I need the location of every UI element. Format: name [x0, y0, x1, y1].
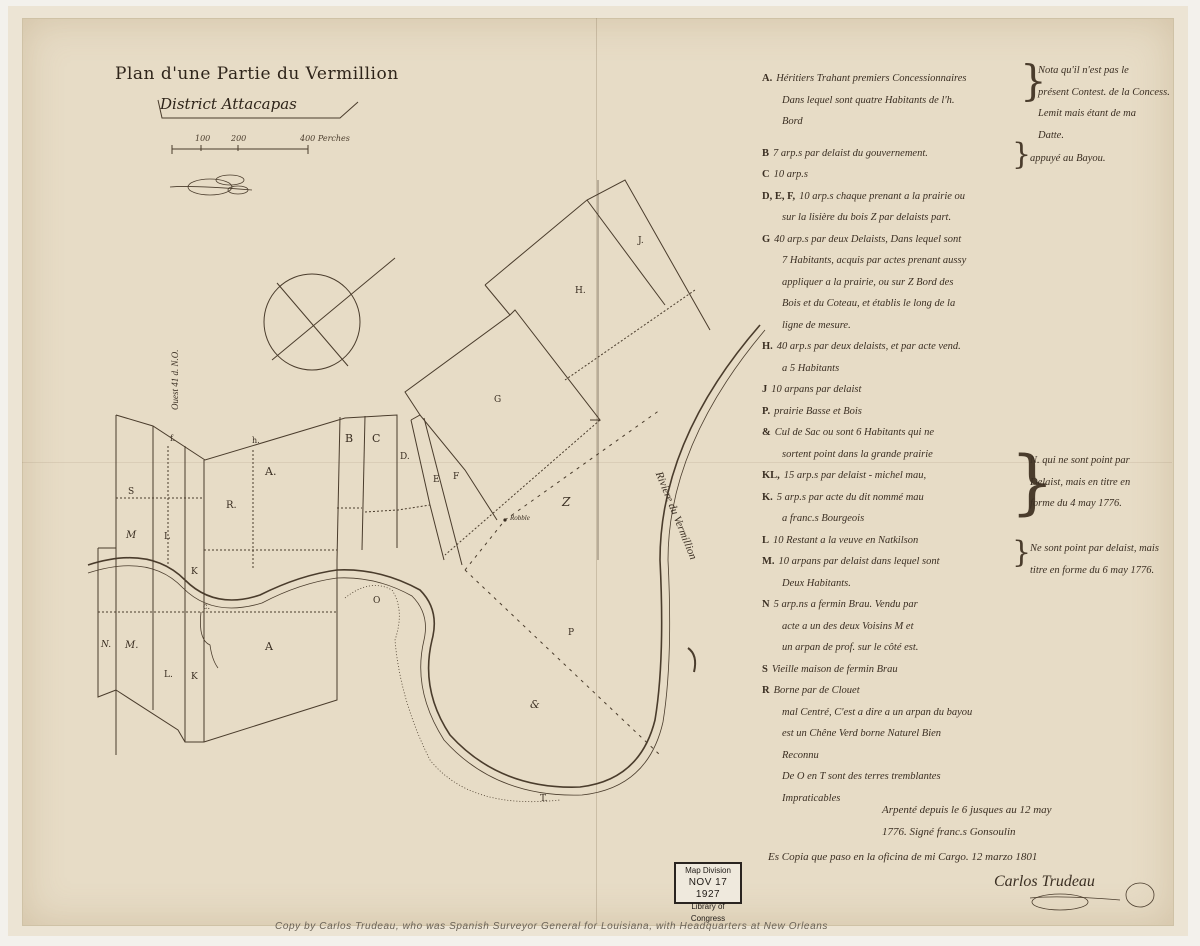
library-stamp: Map Division NOV 17 1927 Library of Cong…: [674, 862, 742, 904]
copy-caption: Copy by Carlos Trudeau, who was Spanish …: [275, 921, 828, 932]
signature-flourish-icon: [0, 0, 1200, 946]
